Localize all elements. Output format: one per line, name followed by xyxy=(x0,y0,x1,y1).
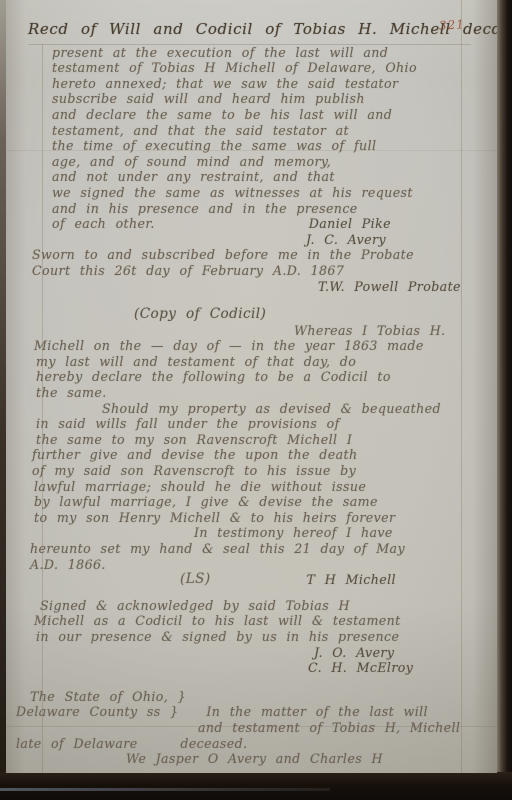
venue-county: Delaware County ss } xyxy=(16,704,178,720)
codicil-line: lawful marriage; should he die without i… xyxy=(34,479,463,495)
venue-state-line: The State of Ohio, } xyxy=(30,689,463,705)
codicil-line: the same to my son Ravenscroft Michell I xyxy=(36,432,463,448)
attestation-line: and not under any restraint, and that xyxy=(52,169,463,185)
codicil-line: my last will and testament of that day, … xyxy=(36,354,463,370)
probate-judge-signature: T.W. Powell Probate xyxy=(318,279,463,295)
attestation-line: testament, and that the said testator at xyxy=(52,123,463,139)
codicil-line: hereby declare the following to be a Cod… xyxy=(36,369,463,385)
codicil-line: the same. xyxy=(36,385,463,401)
spacer xyxy=(178,704,206,720)
attestation-line: we signed the same as witnesses at his r… xyxy=(52,185,463,201)
testator-signature: T H Michell xyxy=(307,572,396,588)
witness-signature-jo-avery: J. O. Avery xyxy=(314,645,463,661)
codicil-line: by lawful marriage, I give & devise the … xyxy=(34,494,463,510)
spacer xyxy=(6,676,497,689)
book-edge-bottom xyxy=(0,772,512,800)
witness-signature-jc-avery: J. C. Avery xyxy=(306,232,463,248)
acknowledgment-line: Signed & acknowledged by said Tobias H xyxy=(40,598,463,614)
witness-signature-ch-mcelroy: C. H. McElroy xyxy=(308,660,463,676)
spacer xyxy=(6,588,497,598)
attestation-line: present at the execution of the last wil… xyxy=(52,45,463,61)
residence-row: late of Delaware deceased. xyxy=(16,736,463,752)
attestation-closing-row: of each other. Daniel Pike xyxy=(52,216,463,232)
attestation-line: age, and of sound mind and memory, xyxy=(52,154,463,170)
seal-signature-row: (LS) T H Michell xyxy=(52,572,463,588)
matter-caption-line: and testament of Tobias H, Michell xyxy=(198,720,463,736)
book-edge-right xyxy=(496,0,512,800)
codicil-line: in said wills fall under the provisions … xyxy=(36,416,463,432)
ledger-page: 321 Recd of Will and Codicil of Tobias H… xyxy=(6,0,497,773)
acknowledgment-line: in our presence & signed by us in his pr… xyxy=(36,629,463,645)
testimony-line: hereunto set my hand & seal this 21 day … xyxy=(30,541,463,557)
petition-opening-line: We Jasper O Avery and Charles H xyxy=(126,751,463,767)
attestation-line: and in his presence and in the presence xyxy=(52,201,463,217)
document-title: Recd of Will and Codicil of Tobias H. Mi… xyxy=(28,22,463,38)
jurat-line: Sworn to and subscribed before me in the… xyxy=(32,247,463,263)
codicil-line: Michell on the — day of — in the year 18… xyxy=(34,338,463,354)
seal-mark: (LS) xyxy=(180,572,211,588)
attestation-line: the time of executing the same was of fu… xyxy=(52,138,463,154)
handwritten-text: Recd of Will and Codicil of Tobias H. Mi… xyxy=(6,22,497,767)
residence-left: late of Delaware xyxy=(16,736,138,751)
codicil-line: Should my property as devised & bequeath… xyxy=(102,401,463,417)
matter-caption: In the matter of the last will xyxy=(206,704,428,720)
attestation-line: hereto annexed; that we saw the said tes… xyxy=(52,76,463,92)
codicil-opening: Whereas I Tobias H. xyxy=(294,323,463,339)
codicil-line: to my son Henry Michell & to his heirs f… xyxy=(34,510,463,526)
testimony-line: In testimony hereof I have xyxy=(194,525,463,541)
witness-signature-daniel-pike: Daniel Pike xyxy=(309,216,391,232)
attestation-line: subscribe said will and heard him publis… xyxy=(52,91,463,107)
book-edge-sheen xyxy=(0,788,330,791)
residence-right: deceased. xyxy=(180,736,247,751)
codicil-heading: (Copy of Codicil) xyxy=(134,307,463,323)
codicil-line: further give and devise the upon the dea… xyxy=(32,447,463,463)
attestation-closing: of each other. xyxy=(52,216,155,232)
attestation-line: and declare the same to be his last will… xyxy=(52,107,463,123)
attestation-line: testament of Tobias H Michell of Delawar… xyxy=(52,60,463,76)
testimony-line: A.D. 1866. xyxy=(30,557,463,573)
jurat-line: Court this 26t day of February A.D. 1867 xyxy=(32,263,463,279)
codicil-line: of my said son Ravenscroft to his issue … xyxy=(32,463,463,479)
venue-county-row: Delaware County ss } In the matter of th… xyxy=(16,704,463,720)
acknowledgment-line: Michell as a Codicil to his last will & … xyxy=(34,613,463,629)
